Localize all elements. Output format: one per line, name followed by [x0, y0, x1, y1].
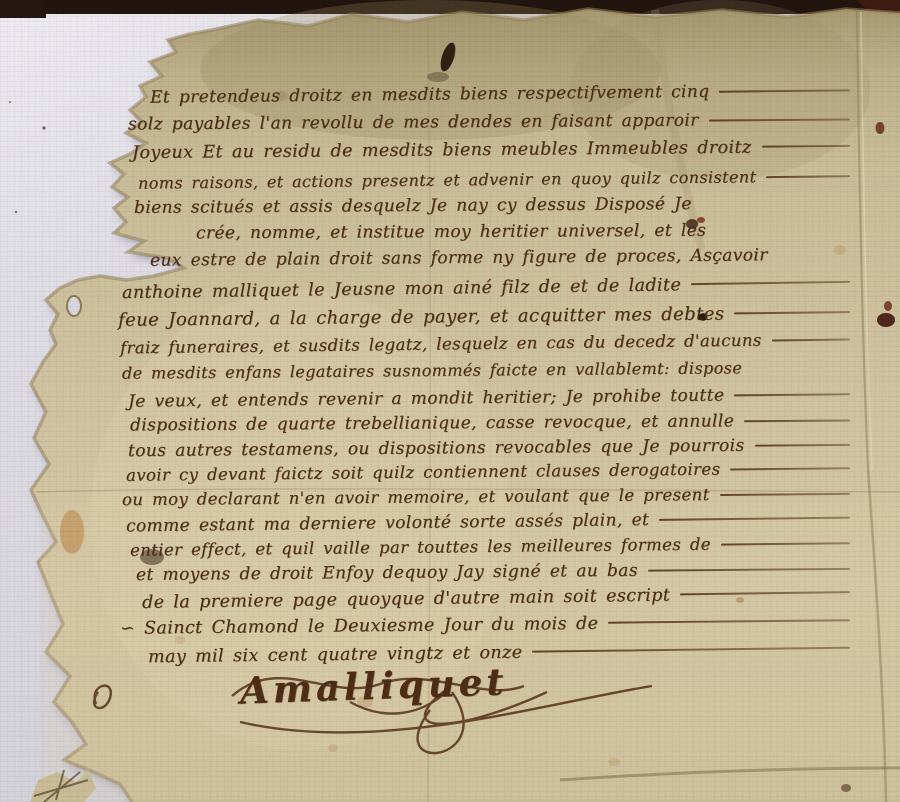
line-filler-stroke — [659, 516, 850, 520]
manuscript-line-text: et moyens de droit Enfoy dequoy Jay sign… — [136, 561, 638, 585]
line-filler-stroke — [691, 281, 850, 285]
manuscript-line: de la premiere page quoyque d'autre main… — [142, 583, 850, 613]
manuscript-line: ∽ Sainct Chamond le Deuxiesme Jour du mo… — [120, 611, 850, 639]
line-filler-stroke — [744, 419, 850, 422]
manuscript-line-text: ∽ Sainct Chamond le Deuxiesme Jour du mo… — [120, 614, 598, 639]
manuscript-line: anthoine malliquet le Jeusne mon ainé fi… — [122, 273, 850, 303]
manuscript-line: solz payables l'an revollu de mes dendes… — [128, 109, 850, 134]
line-filler-stroke — [772, 338, 850, 341]
manuscript-line-text: biens scitués et assis desquelz Je nay c… — [134, 194, 692, 218]
manuscript-line-text: feue Joannard, a la charge de payer, et … — [118, 303, 725, 330]
manuscript-line: ou moy declarant n'en avoir memoire, et … — [122, 484, 850, 509]
manuscript-line: biens scitués et assis desquelz Je nay c… — [134, 194, 692, 218]
manuscript-line: et moyens de droit Enfoy dequoy Jay sign… — [136, 559, 850, 585]
line-filler-stroke — [734, 393, 850, 396]
manuscript-line: noms raisons, et actions presentz et adv… — [138, 166, 851, 192]
manuscript-line-text: dispositions de quarte trebellianique, c… — [130, 411, 734, 435]
signature: Amalliquet — [239, 659, 508, 712]
line-filler-stroke — [734, 311, 850, 314]
line-filler-stroke — [766, 175, 850, 178]
line-filler-stroke — [721, 542, 850, 545]
manuscript-line: Je veux, et entends revenir a mondit her… — [128, 384, 851, 412]
manuscript-line-text: eux estre de plain droit sans forme ny f… — [150, 245, 768, 270]
manuscript-line: entier effect, et quil vaille par toutte… — [130, 533, 850, 560]
manuscript-line: avoir cy devant faictz soit quilz contie… — [126, 458, 851, 485]
manuscript-line: dispositions de quarte trebellianique, c… — [130, 410, 850, 435]
manuscript-line-text: avoir cy devant faictz soit quilz contie… — [126, 460, 721, 485]
manuscript-line-text: anthoine malliquet le Jeusne mon ainé fi… — [122, 275, 681, 303]
manuscript-line: Et pretendeus droitz en mesdits biens re… — [150, 80, 851, 107]
manuscript-line-text: Je veux, et entends revenir a mondit her… — [128, 386, 725, 412]
line-filler-stroke — [532, 647, 850, 653]
manuscript-line: crée, nomme, et institue moy heritier un… — [196, 221, 706, 244]
line-filler-stroke — [730, 467, 850, 470]
line-filler-stroke — [648, 567, 850, 571]
manuscript-line-text: solz payables l'an revollu de mes dendes… — [128, 111, 699, 135]
manuscript-photo: Et pretendeus droitz en mesdits biens re… — [0, 0, 900, 802]
manuscript-line-text: ou moy declarant n'en avoir memoire, et … — [122, 485, 710, 509]
manuscript-line-text: Et pretendeus droitz en mesdits biens re… — [150, 82, 710, 108]
manuscript-line: Joyeux Et au residu de mesdits biens meu… — [132, 137, 850, 163]
line-filler-stroke — [720, 493, 850, 496]
manuscript-line-text: comme estant ma derniere volonté sorte a… — [126, 510, 649, 536]
manuscript-line-text: Joyeux Et au residu de mesdits biens meu… — [132, 138, 752, 163]
manuscript-line-text: de mesdits enfans legataires susnommés f… — [122, 358, 742, 382]
manuscript-line: comme estant ma derniere volonté sorte a… — [126, 508, 850, 537]
manuscript-line-text: entier effect, et quil vaille par toutte… — [130, 535, 711, 560]
manuscript-line: de mesdits enfans legataires susnommés f… — [122, 358, 742, 382]
manuscript-line-text: crée, nomme, et institue moy heritier un… — [196, 221, 706, 244]
manuscript-line: feue Joannard, a la charge de payer, et … — [118, 302, 851, 331]
manuscript-line: tous autres testamens, ou dispositions r… — [128, 435, 850, 461]
line-filler-stroke — [709, 118, 850, 121]
manuscript-line: eux estre de plain droit sans forme ny f… — [150, 245, 768, 270]
line-filler-stroke — [762, 145, 850, 148]
line-filler-stroke — [755, 443, 850, 446]
manuscript-line-text: noms raisons, et actions presentz et adv… — [138, 167, 757, 192]
line-filler-stroke — [680, 592, 850, 596]
manuscript-line: fraiz funeraires, et susdits legatz, les… — [120, 330, 850, 358]
line-filler-stroke — [608, 620, 850, 625]
manuscript-line-text: de la premiere page quoyque d'autre main… — [142, 586, 670, 613]
manuscript-line-text: tous autres testamens, ou dispositions r… — [128, 436, 745, 461]
manuscript-line-text: fraiz funeraires, et susdits legatz, les… — [120, 331, 762, 358]
line-filler-stroke — [719, 89, 850, 92]
